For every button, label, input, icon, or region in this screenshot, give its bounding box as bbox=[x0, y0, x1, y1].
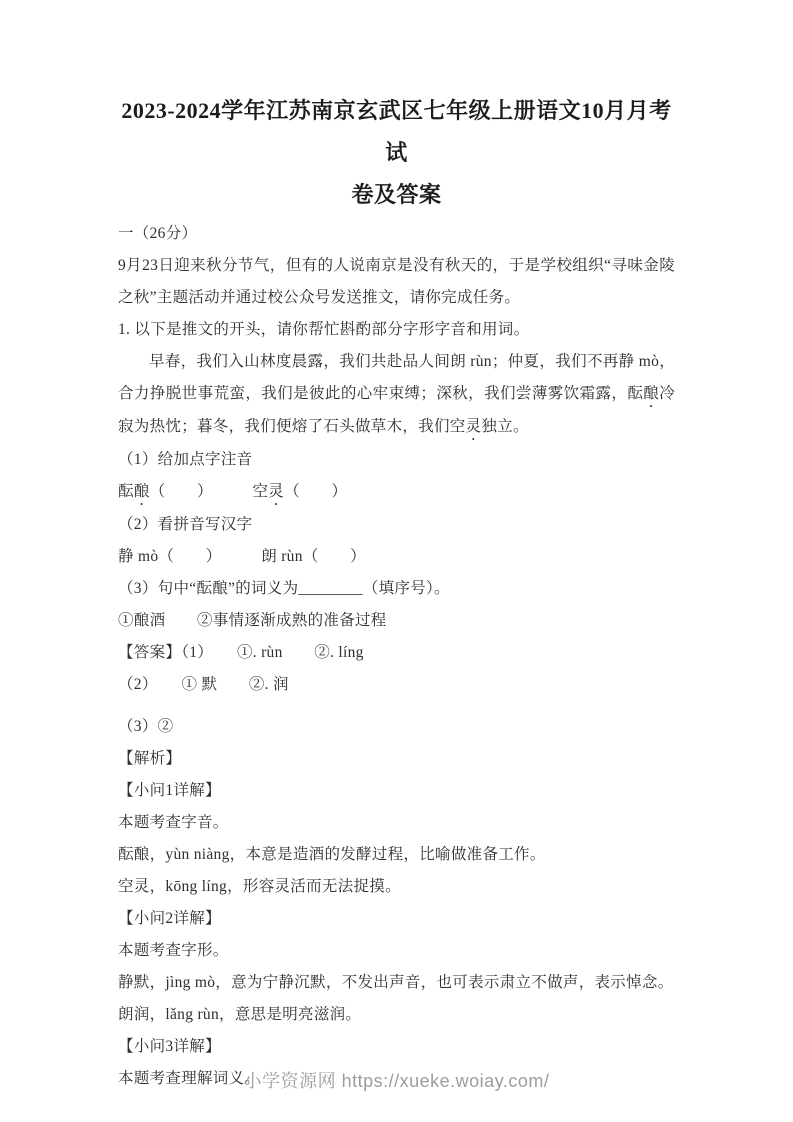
dotted-char-ling: 灵 bbox=[268, 483, 284, 500]
analysis-sub1-detail-2: 空灵，kōng líng，形容灵活而无法捉摸。 bbox=[118, 871, 675, 903]
passage-dotted-char-niang: 酿 bbox=[643, 385, 659, 402]
word-yun: 酝 bbox=[118, 483, 134, 500]
sub-question-2-label: （2）看拼音写汉字 bbox=[118, 509, 675, 541]
analysis-heading: 【解析】 bbox=[118, 743, 675, 775]
sub-question-1-blanks: 酝酿（ ） 空灵（ ） bbox=[118, 476, 675, 509]
analysis-sub2-heading: 【小问2详解】 bbox=[118, 903, 675, 935]
footer-site-link[interactable]: 小学资源网 https://xueke.woiay.com/ bbox=[244, 1071, 550, 1091]
sub-question-3-options: ①酿酒 ②事情逐渐成熟的准备过程 bbox=[118, 605, 675, 637]
analysis-sub3-heading: 【小问3详解】 bbox=[118, 1031, 675, 1063]
analysis-sub1-heading: 【小问1详解】 bbox=[118, 775, 675, 807]
passage-segment-3: 独立。 bbox=[481, 418, 528, 435]
question-1-lead: 1. 以下是推文的开头，请你帮忙斟酌部分字形字音和用词。 bbox=[118, 314, 675, 346]
analysis-sub2-detail-1: 静默，jìng mò，意为宁静沉默，不发出声音，也可表示肃立不做声，表示悼念。 bbox=[118, 967, 675, 999]
answer-line-3: （3）② bbox=[118, 711, 675, 743]
passage-dotted-char-ling: 灵 bbox=[466, 418, 482, 435]
sub-question-1-label: （1）给加点字注音 bbox=[118, 444, 675, 476]
answer-blank-2: （ ） bbox=[284, 483, 347, 500]
sub-question-3-label: （3）句中“酝酿”的词义为________（填序号）。 bbox=[118, 573, 675, 605]
page-title: 2023-2024学年江苏南京玄武区七年级上册语文10月月考试 卷及答案 bbox=[118, 90, 675, 216]
footer-watermark: 小学资源网 https://xueke.woiay.com/ bbox=[0, 1068, 793, 1094]
analysis-sub1-detail-1: 酝酿，yùn niàng，本意是造酒的发酵过程，比喻做准备工作。 bbox=[118, 839, 675, 871]
page-title-line-2: 卷及答案 bbox=[118, 174, 675, 216]
passage-paragraph: 早春，我们入山林度晨露，我们共赴品人间朗 rùn；仲夏，我们不再静 mò，合力挣… bbox=[118, 346, 675, 444]
exam-document-page: 2023-2024学年江苏南京玄武区七年级上册语文10月月考试 卷及答案 一（2… bbox=[0, 0, 793, 1122]
dotted-char-niang: 酿 bbox=[134, 483, 150, 500]
answer-blank-1: （ ） bbox=[150, 483, 253, 500]
passage-segment-1: 早春，我们入山林度晨露，我们共赴品人间朗 rùn；仲夏，我们不再静 mò，合力挣… bbox=[118, 353, 675, 402]
analysis-sub1-point: 本题考查字音。 bbox=[118, 807, 675, 839]
sub-question-2-blanks: 静 mò（ ） 朗 rùn（ ） bbox=[118, 541, 675, 573]
intro-paragraph: 9月23日迎来秋分节气，但有的人说南京是没有秋天的，于是学校组织“寻味金陵之秋”… bbox=[118, 250, 675, 314]
answer-line-1: 【答案】（1） ①. rùn ②. líng bbox=[118, 637, 675, 669]
analysis-sub2-detail-2: 朗润，lǎng rùn，意思是明亮滋润。 bbox=[118, 999, 675, 1031]
page-title-line-1: 2023-2024学年江苏南京玄武区七年级上册语文10月月考试 bbox=[118, 90, 675, 174]
answer-line-2: （2） ① 默 ②. 润 bbox=[118, 669, 675, 701]
document-content: 2023-2024学年江苏南京玄武区七年级上册语文10月月考试 卷及答案 一（2… bbox=[0, 0, 793, 1095]
analysis-sub2-point: 本题考查字形。 bbox=[118, 935, 675, 967]
section-heading: 一（26分） bbox=[118, 218, 675, 250]
word-kong: 空 bbox=[252, 483, 268, 500]
